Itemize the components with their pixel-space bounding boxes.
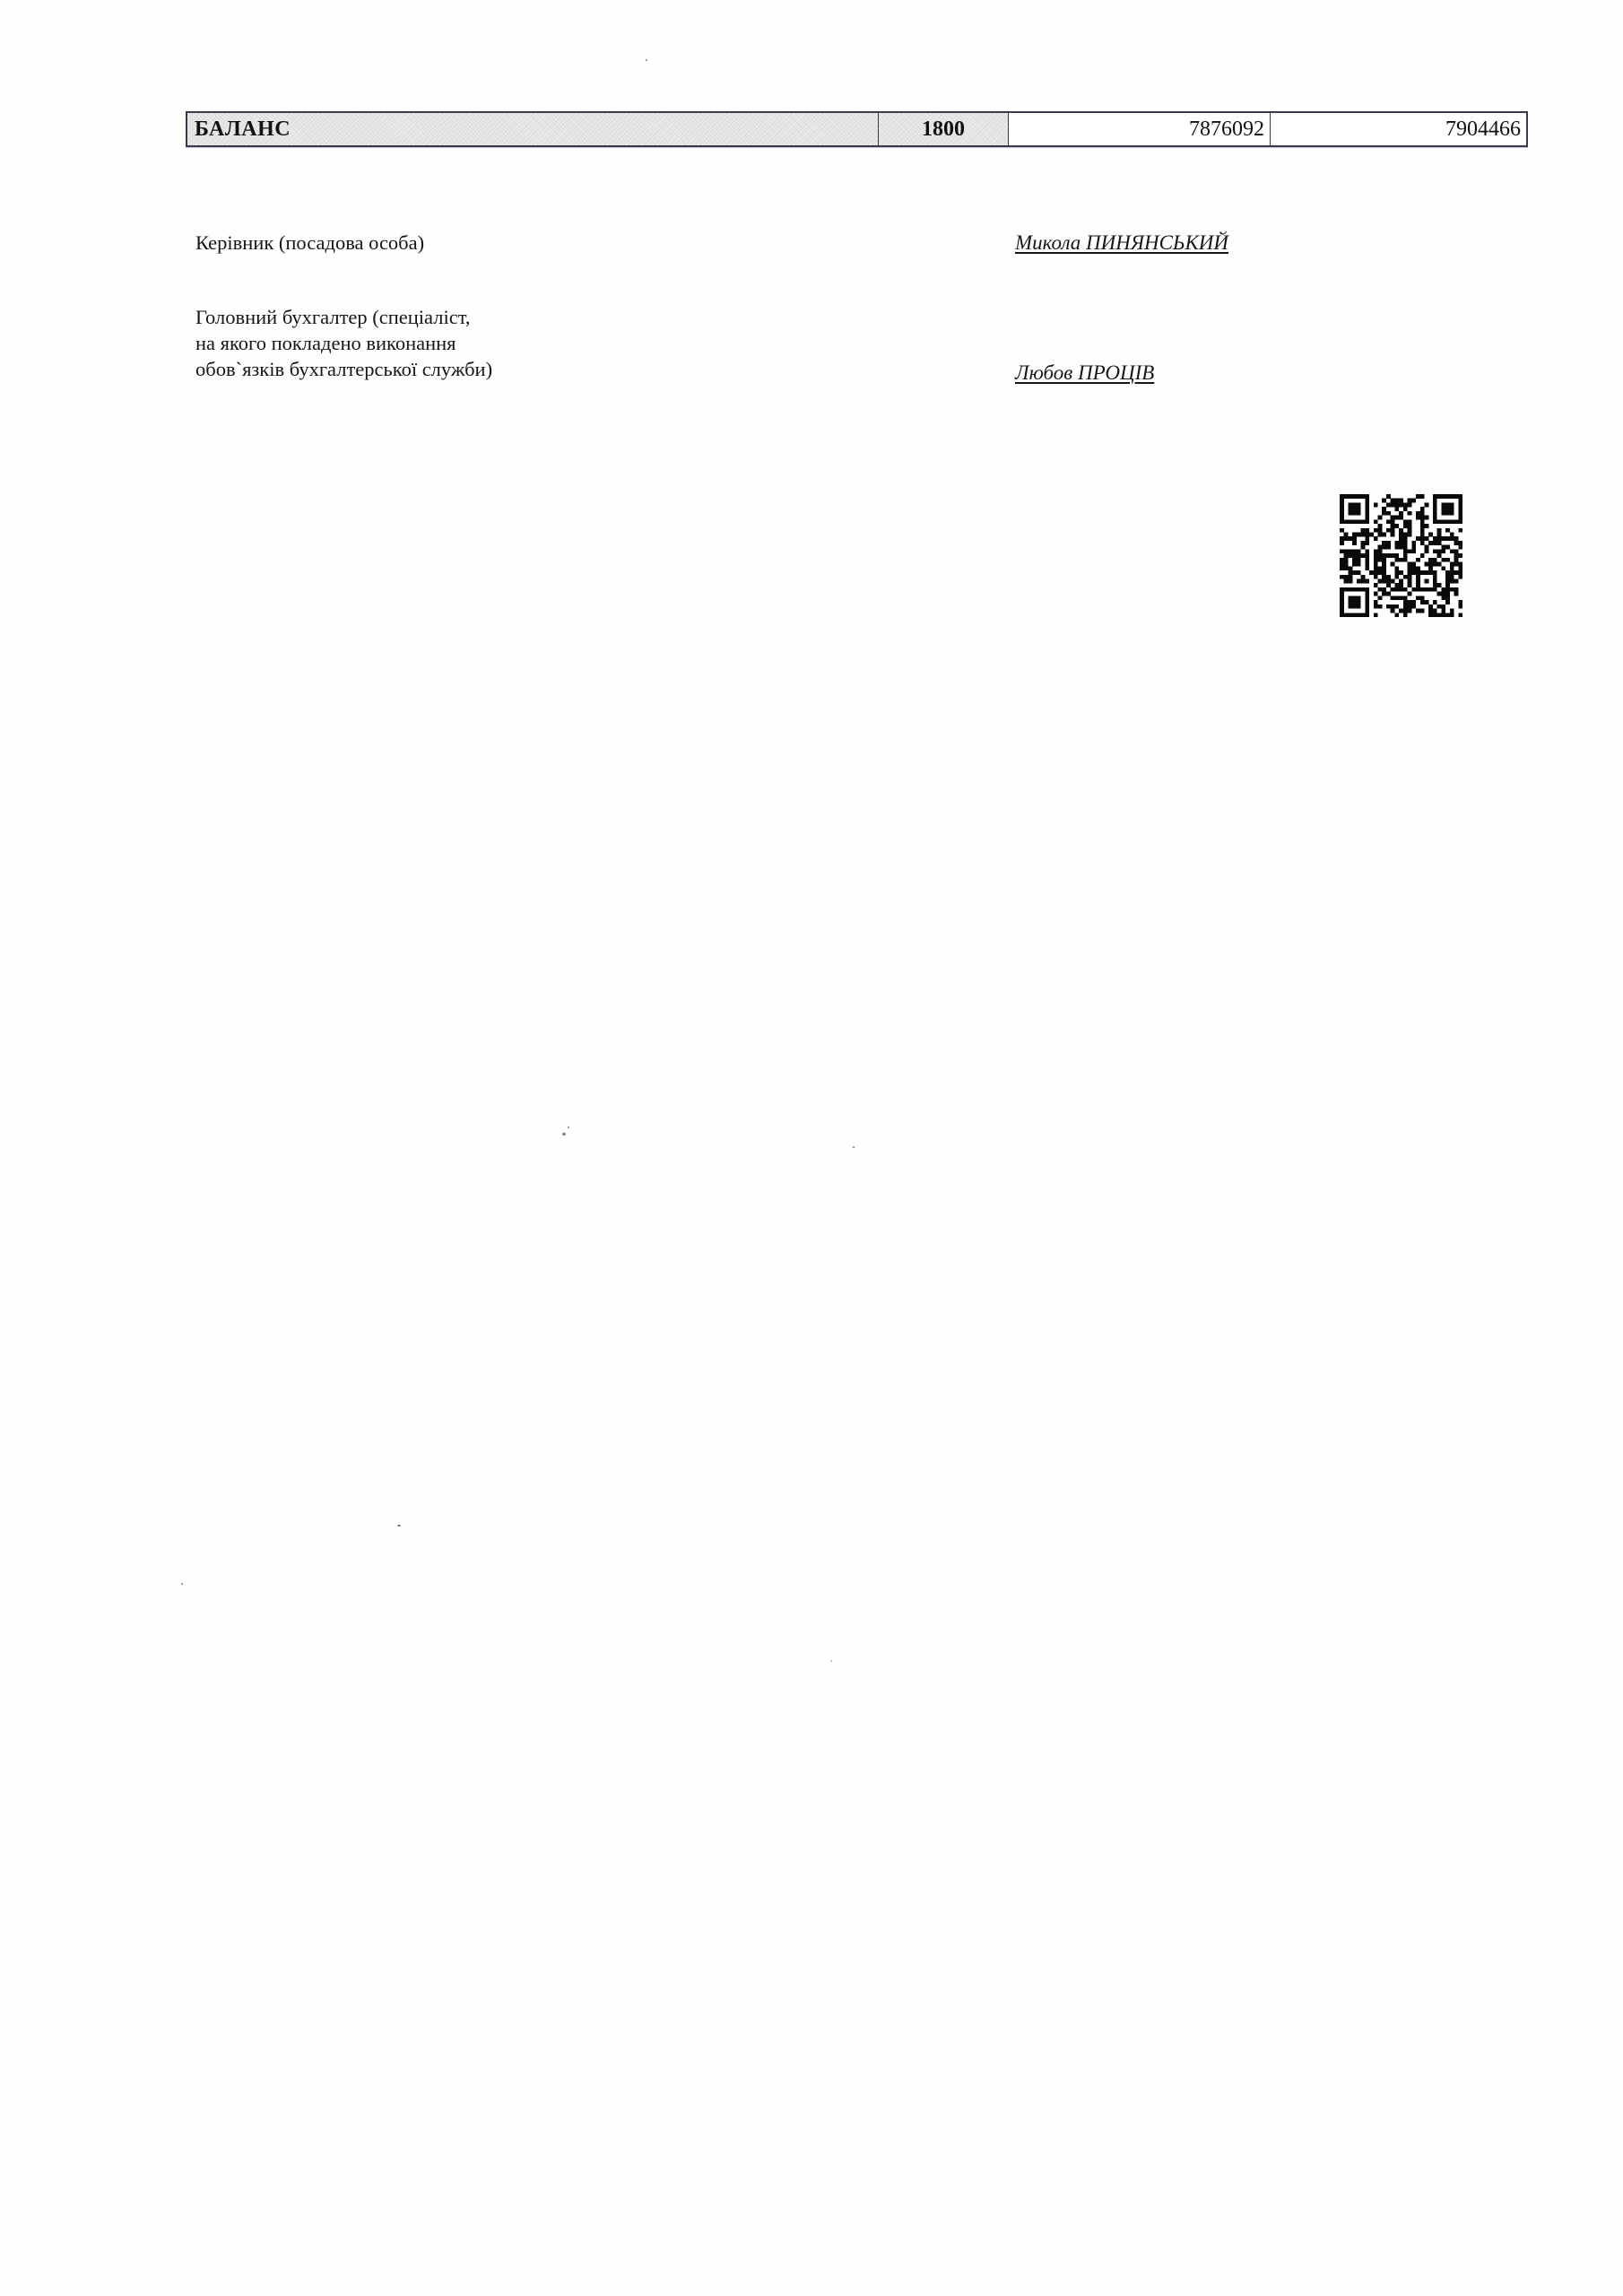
head-signature-name: Микола ПИНЯНСЬКИЙ (1015, 230, 1228, 256)
chief-accountant-label-line: на якого покладено виконання (195, 330, 492, 356)
scan-speck (181, 1583, 183, 1585)
head-position-label: Керівник (посадова особа) (195, 230, 424, 256)
scan-speck (568, 1126, 569, 1128)
scan-speck (646, 59, 647, 61)
scan-speck (397, 1525, 401, 1526)
balance-total-row: БАЛАНС 1800 7876092 7904466 (186, 111, 1528, 147)
balance-label-cell: БАЛАНС (187, 113, 878, 145)
chief-accountant-signature-name: Любов ПРОЦІВ (1015, 360, 1154, 386)
balance-start-of-period-cell: 7876092 (1008, 113, 1270, 145)
balance-end-of-period-cell: 7904466 (1270, 113, 1526, 145)
balance-line-code-cell: 1800 (878, 113, 1008, 145)
chief-accountant-label-line: обов`язків бухгалтерської служби) (195, 356, 492, 382)
qr-code-icon (1340, 494, 1462, 617)
document-page: БАЛАНС 1800 7876092 7904466 Керівник (по… (0, 0, 1623, 2296)
scan-speck (562, 1133, 566, 1135)
scan-speck (830, 1660, 832, 1662)
scan-speck (853, 1146, 855, 1148)
chief-accountant-position-label: Головний бухгалтер (спеціаліст, на якого… (195, 304, 492, 382)
chief-accountant-label-line: Головний бухгалтер (спеціаліст, (195, 304, 492, 330)
